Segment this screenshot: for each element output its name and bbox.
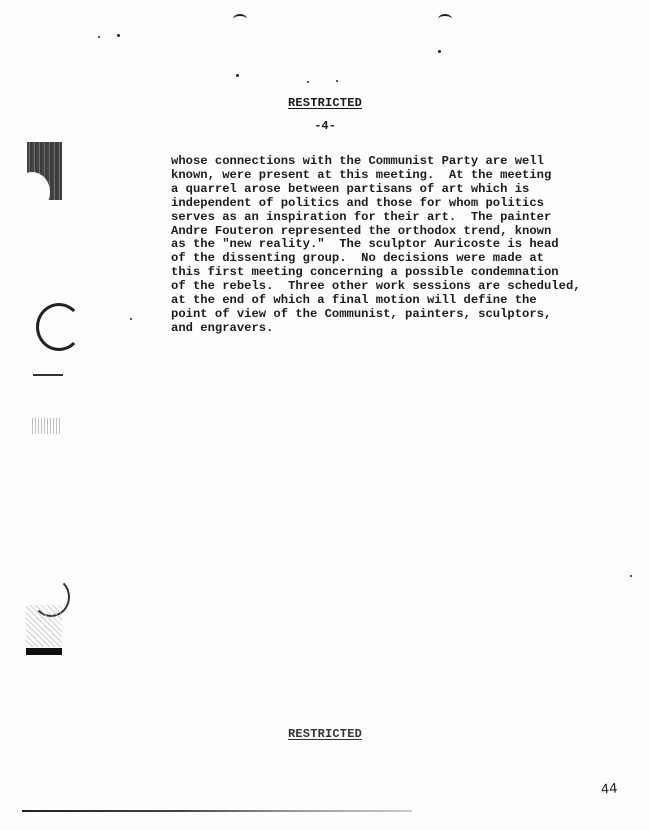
body-line: point of view of the Communist, painters… [171, 308, 591, 322]
scan-artifact-dot [630, 575, 632, 577]
page-number: -4- [0, 119, 650, 133]
scan-artifact-arc [233, 14, 247, 24]
scan-artifact-dot [98, 36, 100, 38]
punch-hole-mark [14, 172, 50, 212]
scan-artifact-dot [130, 318, 132, 320]
body-line: of the rebels. Three other work sessions… [171, 280, 591, 294]
scan-edge-bar [26, 648, 62, 655]
scan-artifact-dot [336, 80, 338, 82]
body-line: this first meeting concerning a possible… [171, 266, 591, 280]
scan-edge-smudge [32, 418, 62, 434]
scan-edge-line [33, 374, 63, 376]
body-line: serves as an inspiration for their art. … [171, 211, 591, 225]
body-paragraph: whose connections with the Communist Par… [171, 155, 591, 336]
scan-edge-smudge [26, 605, 62, 647]
handwritten-page-mark: 44 [600, 781, 618, 797]
body-line: whose connections with the Communist Par… [171, 155, 591, 169]
punch-hole-mark [36, 303, 82, 351]
scan-artifact-dot [307, 81, 309, 83]
scan-artifact-dot [236, 74, 239, 77]
classification-footer-text: RESTRICTED [288, 727, 362, 741]
body-line: of the dissenting group. No decisions we… [171, 252, 591, 266]
body-line: known, were present at this meeting. At … [171, 169, 591, 183]
classification-header-text: RESTRICTED [288, 96, 362, 110]
classification-footer: RESTRICTED [0, 727, 650, 741]
body-line: independent of politics and those for wh… [171, 197, 591, 211]
body-line: Andre Fouteron represented the orthodox … [171, 225, 591, 239]
body-line: a quarrel arose between partisans of art… [171, 183, 591, 197]
body-line: at the end of which a final motion will … [171, 294, 591, 308]
bottom-rule-line [22, 810, 412, 812]
body-line: and engravers. [171, 322, 591, 336]
classification-header: RESTRICTED [0, 96, 650, 110]
scan-artifact-arc [438, 14, 452, 24]
scan-artifact-dot [117, 34, 120, 37]
scan-artifact-dot [438, 50, 441, 53]
scanned-document-page: RESTRICTED -4- whose connections with th… [0, 0, 650, 830]
body-line: as the "new reality." The sculptor Auric… [171, 238, 591, 252]
